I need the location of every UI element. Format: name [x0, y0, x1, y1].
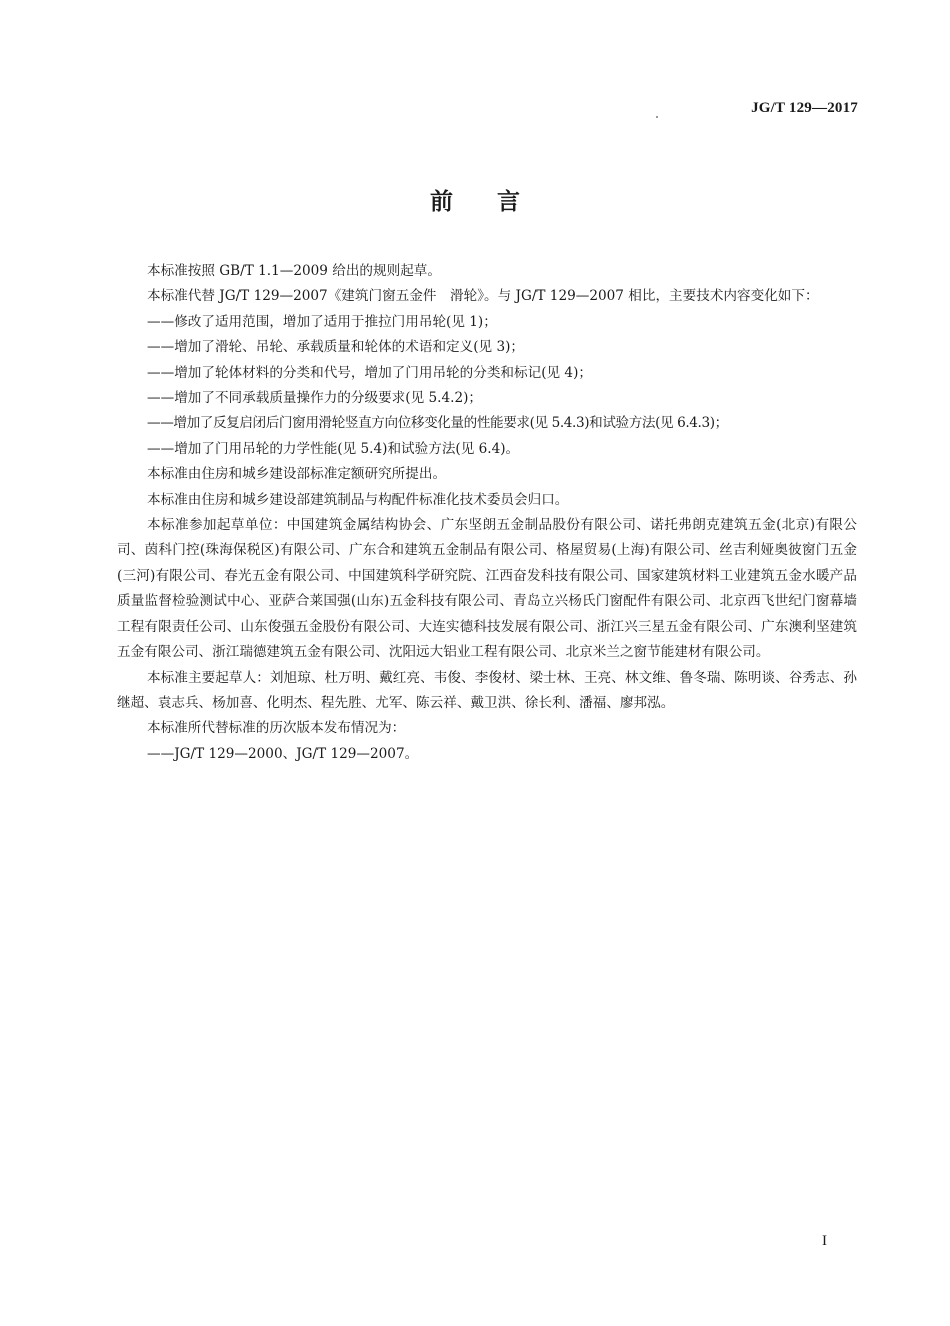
foreword-body: 本标准按照 GB/T 1.1—2009 给出的规则起草。 本标准代替 JG/T …: [117, 259, 857, 767]
para-drafting-units: 本标准参加起草单位：中国建筑金属结构协会、广东坚朗五金制品股份有限公司、诺托弗朗…: [117, 513, 857, 665]
para-replaces: 本标准代替 JG/T 129—2007《建筑门窗五金件 滑轮》。与 JG/T 1…: [117, 284, 857, 309]
change-item: ——增加了不同承载质量操作力的分级要求(见 5.4.2)；: [117, 386, 857, 411]
para-managed-by: 本标准由住房和城乡建设部建筑制品与构配件标准化技术委员会归口。: [117, 488, 857, 513]
para-main-drafters: 本标准主要起草人：刘旭琼、杜万明、戴红亮、韦俊、李俊材、梁士林、王亮、林文维、鲁…: [117, 666, 857, 717]
standard-code: JG/T 129—2017: [751, 100, 858, 117]
previous-editions-list: ——JG/T 129—2000、JG/T 129—2007。: [117, 742, 857, 767]
page-title: 前言: [0, 183, 950, 216]
page-number: I: [822, 1233, 827, 1250]
para-previous-editions: 本标准所代替标准的历次版本发布情况为：: [117, 716, 857, 741]
change-item: ——修改了适用范围，增加了适用于推拉门用吊轮(见 1)；: [117, 310, 857, 335]
change-item: ——增加了反复启闭后门窗用滑轮竖直方向位移变化量的性能要求(见 5.4.3)和试…: [117, 411, 857, 436]
change-item: ——增加了轮体材料的分类和代号，增加了门用吊轮的分类和标记(见 4)；: [117, 361, 857, 386]
change-item: ——增加了门用吊轮的力学性能(见 5.4)和试验方法(见 6.4)。: [117, 437, 857, 462]
scan-artifact-dot: [656, 116, 658, 118]
para-drafting-rule: 本标准按照 GB/T 1.1—2009 给出的规则起草。: [117, 259, 857, 284]
para-proposed-by: 本标准由住房和城乡建设部标准定额研究所提出。: [117, 462, 857, 487]
change-item: ——增加了滑轮、吊轮、承载质量和轮体的术语和定义(见 3)；: [117, 335, 857, 360]
